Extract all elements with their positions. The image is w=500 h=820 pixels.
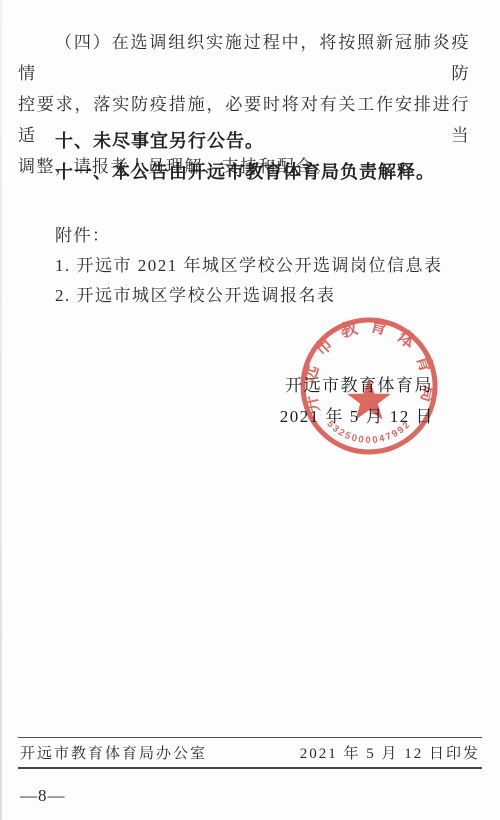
clause-eleven: 十一、本公告由开远市教育体育局负责解释。	[55, 158, 435, 184]
signature-date: 2021 年 5 月 12 日	[280, 402, 434, 427]
attachments-label: 附件：	[55, 221, 111, 246]
attachment-item-2: 2. 开远市城区学校公开选调报名表	[55, 281, 336, 306]
paragraph-line: （四）在选调组织实施过程中，将按照新冠肺炎疫情防	[18, 27, 470, 89]
scan-edge-artifact	[0, 0, 2, 820]
footer-print-date: 2021 年 5 月 12 日印发	[300, 742, 480, 763]
document-page: （四）在选调组织实施过程中，将按照新冠肺炎疫情防 控要求，落实防疫措施，必要时将…	[0, 0, 500, 820]
attachment-item-1: 1. 开远市 2021 年城区学校公开选调岗位信息表	[55, 251, 443, 276]
footer-office: 开远市教育体育局办公室	[20, 742, 207, 763]
footer-bar: 开远市教育体育局办公室 2021 年 5 月 12 日印发	[18, 737, 482, 769]
page-number: —8—	[20, 786, 66, 806]
clause-ten: 十、未尽事宜另行公告。	[55, 127, 264, 153]
signature-organization: 开远市教育体育局	[285, 371, 433, 396]
